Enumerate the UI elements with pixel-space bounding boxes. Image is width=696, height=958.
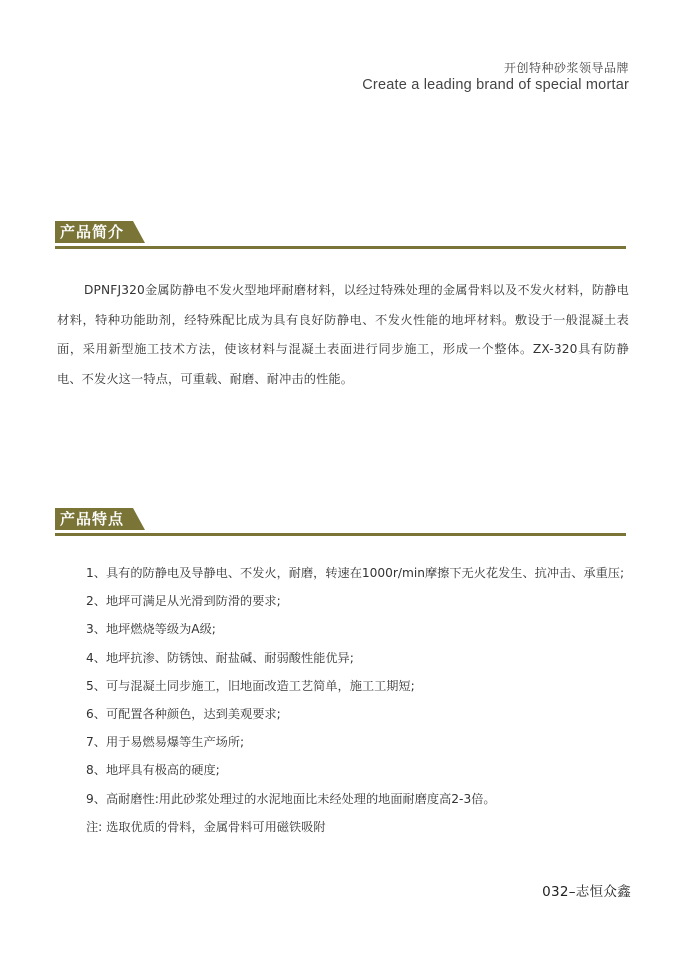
slogan-cn: 开创特种砂浆领导品牌 bbox=[362, 60, 629, 76]
section-divider bbox=[55, 533, 626, 536]
feature-list: 1、具有的防静电及导静电、不发火，耐磨，转速在1000r/min摩擦下无火花发生… bbox=[86, 564, 646, 846]
feature-item: 7、用于易燃易爆等生产场所; bbox=[86, 733, 646, 761]
slogan-en: Create a leading brand of special mortar bbox=[362, 76, 629, 94]
header-tagline: 开创特种砂浆领导品牌 Create a leading brand of spe… bbox=[362, 60, 629, 94]
page-number-label: 032–志恒众鑫 bbox=[542, 880, 631, 900]
feature-item: 6、可配置各种颜色，达到美观要求; bbox=[86, 705, 646, 733]
feature-item: 8、地坪具有极高的硬度; bbox=[86, 761, 646, 789]
section-heading-intro: 产品简介 bbox=[55, 221, 626, 249]
feature-item: 5、可与混凝土同步施工，旧地面改造工艺简单，施工工期短; bbox=[86, 677, 646, 705]
feature-item: 1、具有的防静电及导静电、不发火，耐磨，转速在1000r/min摩擦下无火花发生… bbox=[86, 564, 646, 592]
section-heading-features: 产品特点 bbox=[55, 508, 626, 536]
feature-item: 4、地坪抗渗、防锈蚀、耐盐碱、耐弱酸性能优异; bbox=[86, 649, 646, 677]
feature-item: 2、地坪可满足从光滑到防滑的要求; bbox=[86, 592, 646, 620]
section-title-features: 产品特点 bbox=[55, 508, 145, 530]
feature-item: 9、高耐磨性:用此砂浆处理过的水泥地面比未经处理的地面耐磨度高2-3倍。 bbox=[86, 790, 646, 818]
section-divider bbox=[55, 246, 626, 249]
feature-item: 3、地坪燃烧等级为A级; bbox=[86, 620, 646, 648]
section-title-intro: 产品简介 bbox=[55, 221, 145, 243]
feature-note: 注: 选取优质的骨料，金属骨料可用磁铁吸附 bbox=[86, 818, 646, 846]
product-intro-paragraph: DPNFJ320金属防静电不发火型地坪耐磨材料，以经过特殊处理的金属骨料以及不发… bbox=[57, 276, 629, 394]
